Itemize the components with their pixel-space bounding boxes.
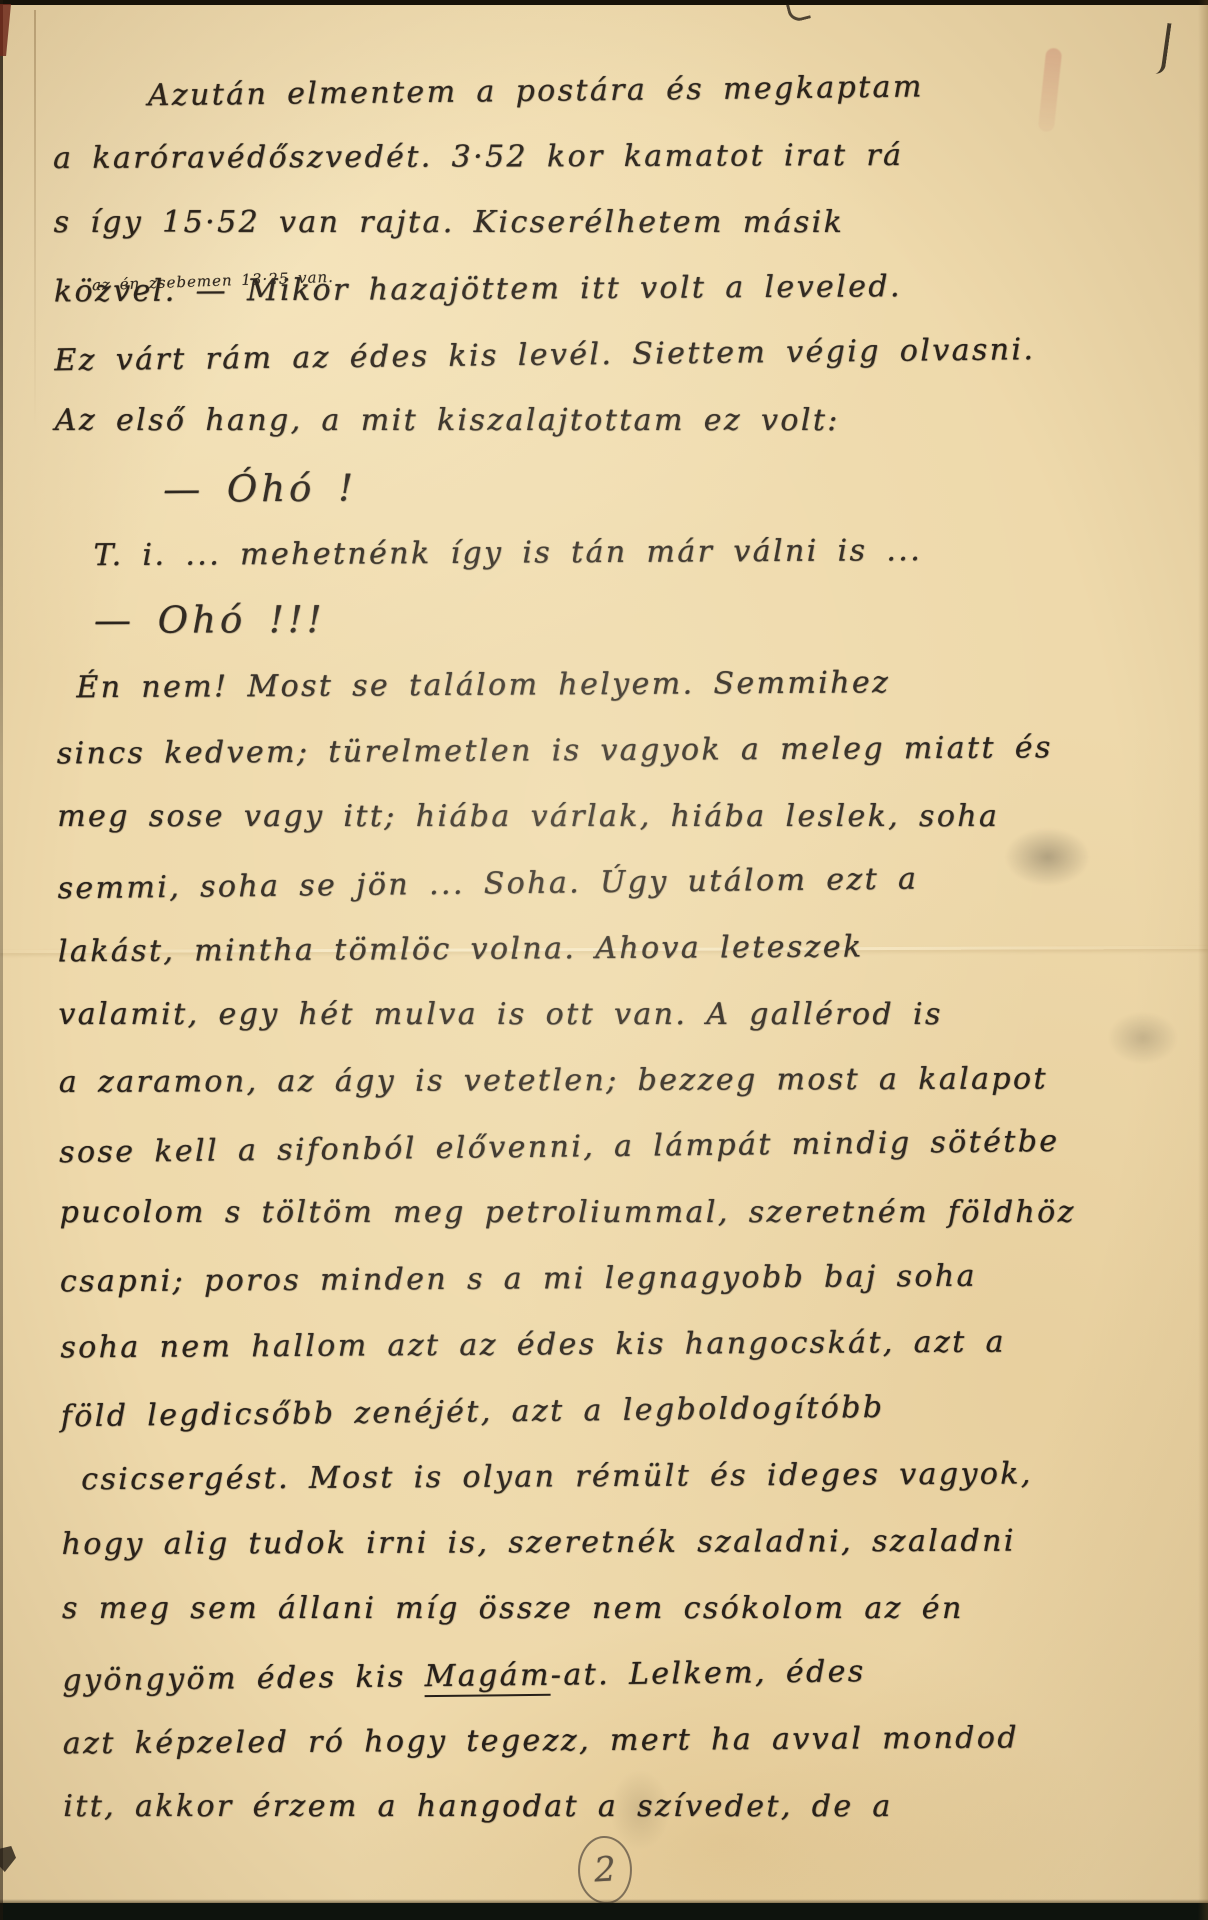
page-number: 2 — [593, 1849, 617, 1890]
stray-ink-mark — [0, 1846, 16, 1872]
letter-line: itt, akkor érzem a hangodat a szívedet, … — [63, 1778, 1171, 1844]
letter-line: Én nem! Most se találom helyem. Semmihez — [56, 653, 1164, 726]
letter-line: csapni; poros minden s a mi legnagyobb b… — [60, 1247, 1168, 1320]
letter-line-exclamation: — Ohó !!! — [56, 588, 1164, 658]
letter-line: semmi, soha se jön ... Soha. Úgy utálom … — [57, 848, 1166, 927]
letter-line: sincs kedvem; türelmetlen is vagyok a me… — [57, 719, 1165, 792]
scan-edge-bottom — [0, 1903, 1208, 1920]
letter-line: a karóravédőszvedét. 3·52 kor kamatot ir… — [53, 126, 1161, 196]
stray-ink-hook — [786, 0, 811, 23]
letter-line: föld legdicsőbb zenéjét, azt a legboldog… — [60, 1376, 1169, 1455]
paper-crease-vertical — [34, 10, 36, 430]
letter-line: s így 15·52 van rajta. Kicserélhetem más… — [54, 194, 1162, 260]
letter-line: azt képzeled ró hogy tegezz, mert ha avv… — [63, 1709, 1171, 1782]
letter-line-exclamation: — Óhó ! — [55, 455, 1163, 528]
letter-line: valamit, egy hét mulva is ott van. A gal… — [58, 986, 1166, 1052]
letter-line: csicsergést. Most is olyan rémült és ide… — [61, 1445, 1169, 1518]
letter-line: T. i. ... mehetnénk így is tán már válni… — [55, 521, 1163, 594]
stray-ink-stroke — [1146, 21, 1171, 75]
letter-line: a zaramon, az ágy is vetetlen; bezzeg mo… — [59, 1050, 1167, 1120]
letter-line: soha nem hallom azt az édes kis hangocsk… — [60, 1313, 1168, 1386]
letter-page: Azután elmentem a postára és megkaptam a… — [0, 0, 1208, 1920]
scan-edge-left — [0, 0, 3, 1920]
letter-line: Ez várt rám az édes kis levél. Siettem v… — [54, 320, 1163, 399]
letter-line: pucolom s töltöm meg petroliummal, szere… — [60, 1184, 1168, 1250]
letter-line: meg sose vagy itt; hiába várlak, hiába l… — [57, 788, 1165, 854]
magam-pre: gyöngyöm édes kis — [62, 1659, 425, 1698]
letter-line: s meg sem állani míg össze nem csókolom … — [62, 1580, 1170, 1646]
letter-line: lakást, mintha tömlöc volna. Ahova letes… — [58, 917, 1166, 990]
letter-line: közvel. — Mikor hazajöttem itt volt a le… — [54, 257, 1162, 330]
red-corner-mark — [0, 4, 11, 56]
scan-edge-top — [0, 0, 1208, 5]
letter-line: sose kell a sifonból elővenni, a lámpát … — [59, 1112, 1168, 1191]
letter-line: hogy alig tudok irni is, szeretnék szala… — [62, 1512, 1170, 1582]
scan-edge-right — [1198, 0, 1208, 1920]
letter-body: Azután elmentem a postára és megkaptam a… — [53, 59, 1172, 1848]
magam-post: -at. Lelkem, édes — [551, 1654, 866, 1693]
letter-line-underlined-word: gyöngyöm édes kis Magám-at. Lelkem, édes — [62, 1640, 1171, 1719]
letter-line: Az első hang, a mit kiszalajtottam ez vo… — [55, 392, 1163, 458]
magam-underlined-word: Magám — [424, 1658, 551, 1697]
letter-line: Azután elmentem a postára és megkaptam — [52, 56, 1161, 135]
